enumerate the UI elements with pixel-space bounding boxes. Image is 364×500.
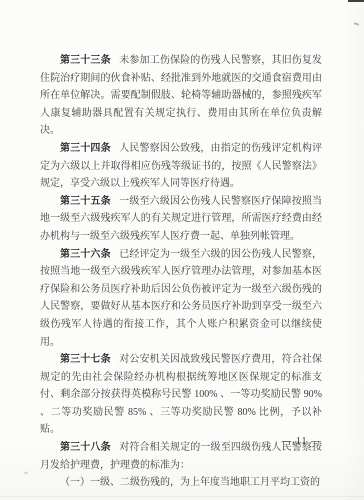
article-text: 对公安机关因战致残民警医疗费用，符合社保规定的先由社会保险经办机构根据统筹地区医… [40,354,322,435]
article-number: 第三十五条 [60,196,111,207]
article-text: （一）一级、二级伤残的，为上年度当地职工月平均工资的 [60,477,320,488]
article-paragraph: 第三十七条对公安机关因战致残民警医疗费用，符合社保规定的先由社会保险经办机构根据… [40,351,322,439]
page-number: — 11 — [281,436,322,447]
article-number: 第三十六条 [60,249,111,260]
article-paragraph: 第三十五条一级至六级因公伤残人民警察医疗保障按照当地一级至六级残疾军人的有关规定… [40,193,322,246]
scan-artifact-corner-line [348,0,364,2]
article-text: 未参加工伤保险的伤残人民警察，其旧伤复发住院治疗期间的伙食补贴、经批准到外地就医… [40,55,322,136]
scan-artifact-speck [24,472,28,475]
article-paragraph: 第三十六条已经评定为一级至六级的因公伤残人民警察，按照当地一级至六级残疾军人医疗… [40,246,322,352]
article-paragraph: （一）一级、二级伤残的，为上年度当地职工月平均工资的 [40,474,322,492]
article-paragraph: 第三十三条未参加工伤保险的伤残人民警察，其旧伤复发住院治疗期间的伙食补贴、经批准… [40,52,322,140]
article-paragraph: 第三十八条对符合相关规定的一级至四级伤残人民警察按月发给护理费，护理费的标准为： [40,439,322,474]
text-block: 第三十三条未参加工伤保险的伤残人民警察，其旧伤复发住院治疗期间的伙食补贴、经批准… [40,52,322,492]
article-number: 第三十三条 [60,55,111,66]
scan-artifact-speck [354,22,359,25]
article-number: 第三十四条 [60,143,111,154]
scanned-document-page: 第三十三条未参加工伤保险的伤残人民警察，其旧伤复发住院治疗期间的伙食补贴、经批准… [0,0,364,500]
article-number: 第三十八条 [60,442,111,453]
article-paragraph: 第三十四条人民警察因公致残，由指定的伤残评定机构评定为六级以上并取得相应伤残等级… [40,140,322,193]
article-text: 已经评定为一级至六级的因公伤残人民警察，按照当地一级至六级残疾军人医疗管理办法管… [40,249,322,348]
article-number: 第三十七条 [60,354,111,365]
scan-artifact-bottom-edge [0,496,364,497]
